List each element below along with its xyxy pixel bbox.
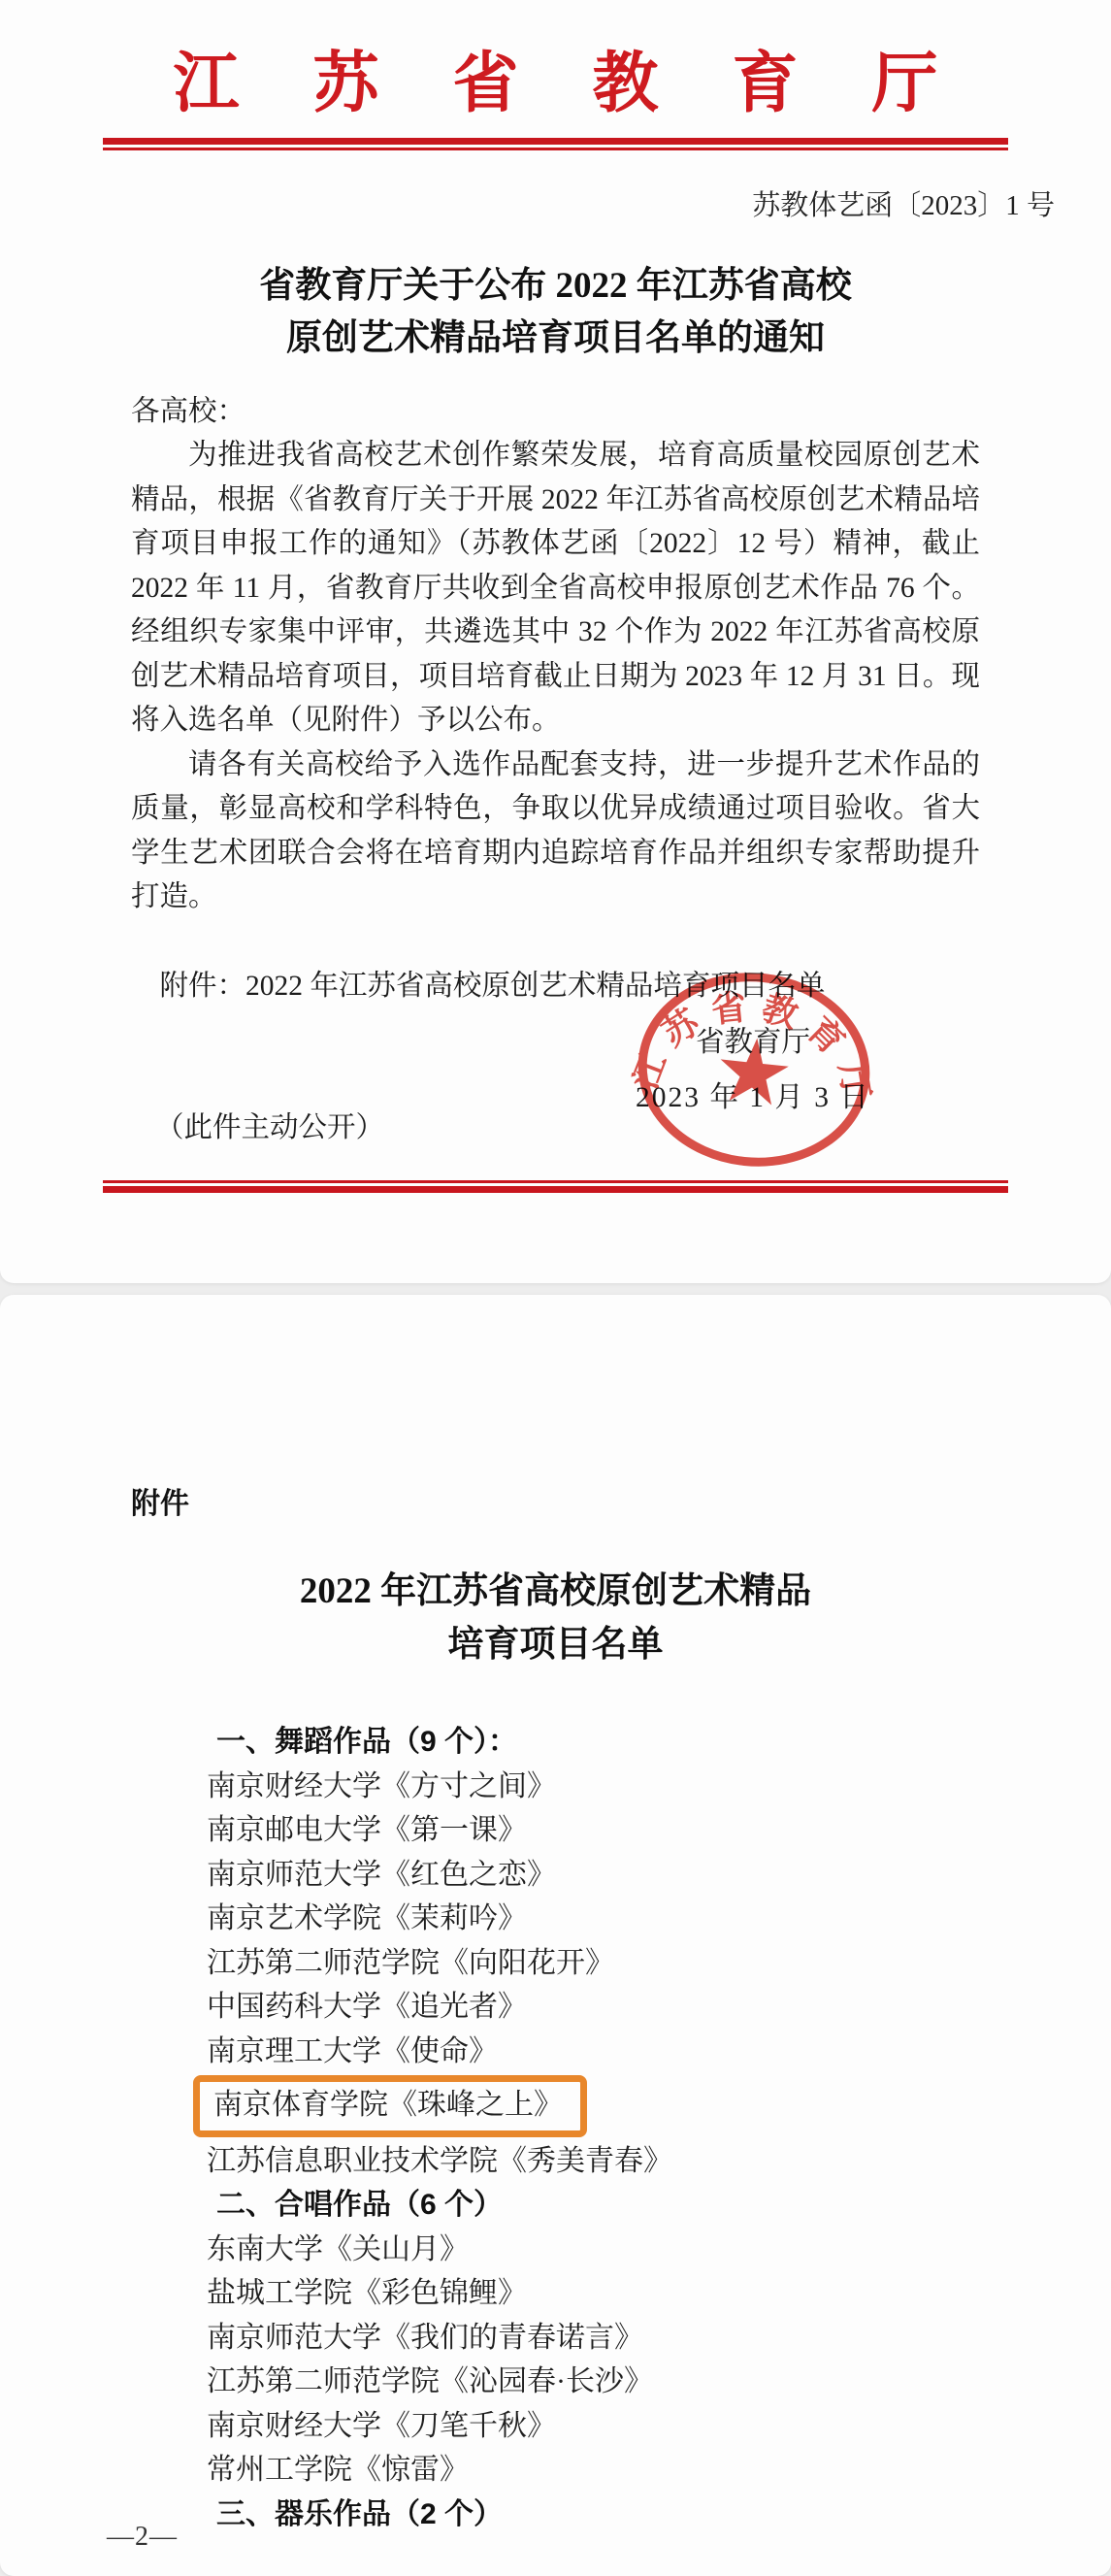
header-red-rule xyxy=(103,138,1008,150)
page-number: —2— xyxy=(107,2522,178,2553)
document-page-1: 江苏省教育厅 苏教体艺函〔2023〕1 号 省教育厅关于公布 2022 年江苏省… xyxy=(0,0,1111,1283)
signature-block: 省教育厅 2023 年 1 月 3 日 xyxy=(607,1021,899,1120)
attachment-title-line1: 2022 年江苏省高校原创艺术精品 xyxy=(0,1565,1111,1618)
project-item: 江苏信息职业技术学院《秀美青春》 xyxy=(207,2139,980,2184)
notice-body: 各高校： 为推进我省高校艺术创作繁荣发展，培育高质量校园原创艺术精品，根据《省教… xyxy=(0,390,1111,1009)
project-item-highlighted: 南京体育学院《珠峰之上》 xyxy=(213,2083,563,2128)
rule-thick-bar xyxy=(103,1186,1008,1193)
project-item: 常州工学院《惊雷》 xyxy=(207,2448,980,2493)
project-item: 南京财经大学《刀笔千秋》 xyxy=(207,2404,980,2449)
attachment-title-line2: 培育项目名单 xyxy=(0,1618,1111,1671)
project-item: 南京邮电大学《第一课》 xyxy=(207,1808,980,1853)
signer-name: 省教育厅 xyxy=(607,1021,899,1065)
footer-red-rule xyxy=(103,1180,1008,1193)
salutation: 各高校： xyxy=(131,390,980,435)
disclosure-note: （此件主动公开） xyxy=(155,1105,384,1145)
body-paragraph: 为推进我省高校艺术创作繁荣发展，培育高质量校园原创艺术精品，根据《省教育厅关于开… xyxy=(131,434,980,743)
project-item: 中国药科大学《追光者》 xyxy=(207,1985,980,2030)
project-item: 南京师范大学《我们的青春诺言》 xyxy=(207,2316,980,2361)
highlight-box: 南京体育学院《珠峰之上》 xyxy=(193,2075,587,2137)
signature-date: 2023 年 1 月 3 日 xyxy=(607,1076,899,1120)
section-heading-chorus: 二、合唱作品（6 个） xyxy=(216,2183,980,2228)
section-heading-dance: 一、舞蹈作品（9 个）： xyxy=(216,1720,980,1765)
project-list: 一、舞蹈作品（9 个）： 南京财经大学《方寸之间》 南京邮电大学《第一课》 南京… xyxy=(0,1720,1111,2536)
project-item: 南京财经大学《方寸之间》 xyxy=(207,1765,980,1809)
project-item: 江苏第二师范学院《沁园春·长沙》 xyxy=(207,2360,980,2404)
document-number: 苏教体艺函〔2023〕1 号 xyxy=(0,183,1111,223)
project-item: 南京理工大学《使命》 xyxy=(207,2030,980,2074)
attachment-reference-line: 附件：2022 年江苏省高校原创艺术精品培育项目名单 xyxy=(131,965,980,1009)
rule-thick-bar xyxy=(103,138,1008,145)
notice-title: 省教育厅关于公布 2022 年江苏省高校 原创艺术精品培育项目名单的通知 xyxy=(0,260,1111,365)
attachment-label: 附件 xyxy=(131,1295,1111,1522)
project-item: 南京艺术学院《茉莉吟》 xyxy=(207,1897,980,1941)
body-paragraph: 请各有关高校给予入选作品配套支持，进一步提升艺术作品的质量，彰显高校和学科特色，… xyxy=(131,743,980,920)
project-item: 东南大学《关山月》 xyxy=(207,2228,980,2272)
notice-title-line1: 省教育厅关于公布 2022 年江苏省高校 xyxy=(0,260,1111,313)
section-heading-instrumental: 三、器乐作品（2 个） xyxy=(216,2493,980,2537)
project-item: 江苏第二师范学院《向阳花开》 xyxy=(207,1941,980,1986)
letterhead-title: 江苏省教育厅 xyxy=(0,0,1111,124)
document-viewer: 江苏省教育厅 苏教体艺函〔2023〕1 号 省教育厅关于公布 2022 年江苏省… xyxy=(0,0,1111,2576)
project-item: 盐城工学院《彩色锦鲤》 xyxy=(207,2271,980,2316)
document-page-2: 附件 2022 年江苏省高校原创艺术精品 培育项目名单 一、舞蹈作品（9 个）：… xyxy=(0,1295,1111,2576)
attachment-title: 2022 年江苏省高校原创艺术精品 培育项目名单 xyxy=(0,1565,1111,1671)
project-item: 南京师范大学《红色之恋》 xyxy=(207,1853,980,1898)
notice-title-line2: 原创艺术精品培育项目名单的通知 xyxy=(0,313,1111,365)
rule-thin-bar xyxy=(103,148,1008,150)
